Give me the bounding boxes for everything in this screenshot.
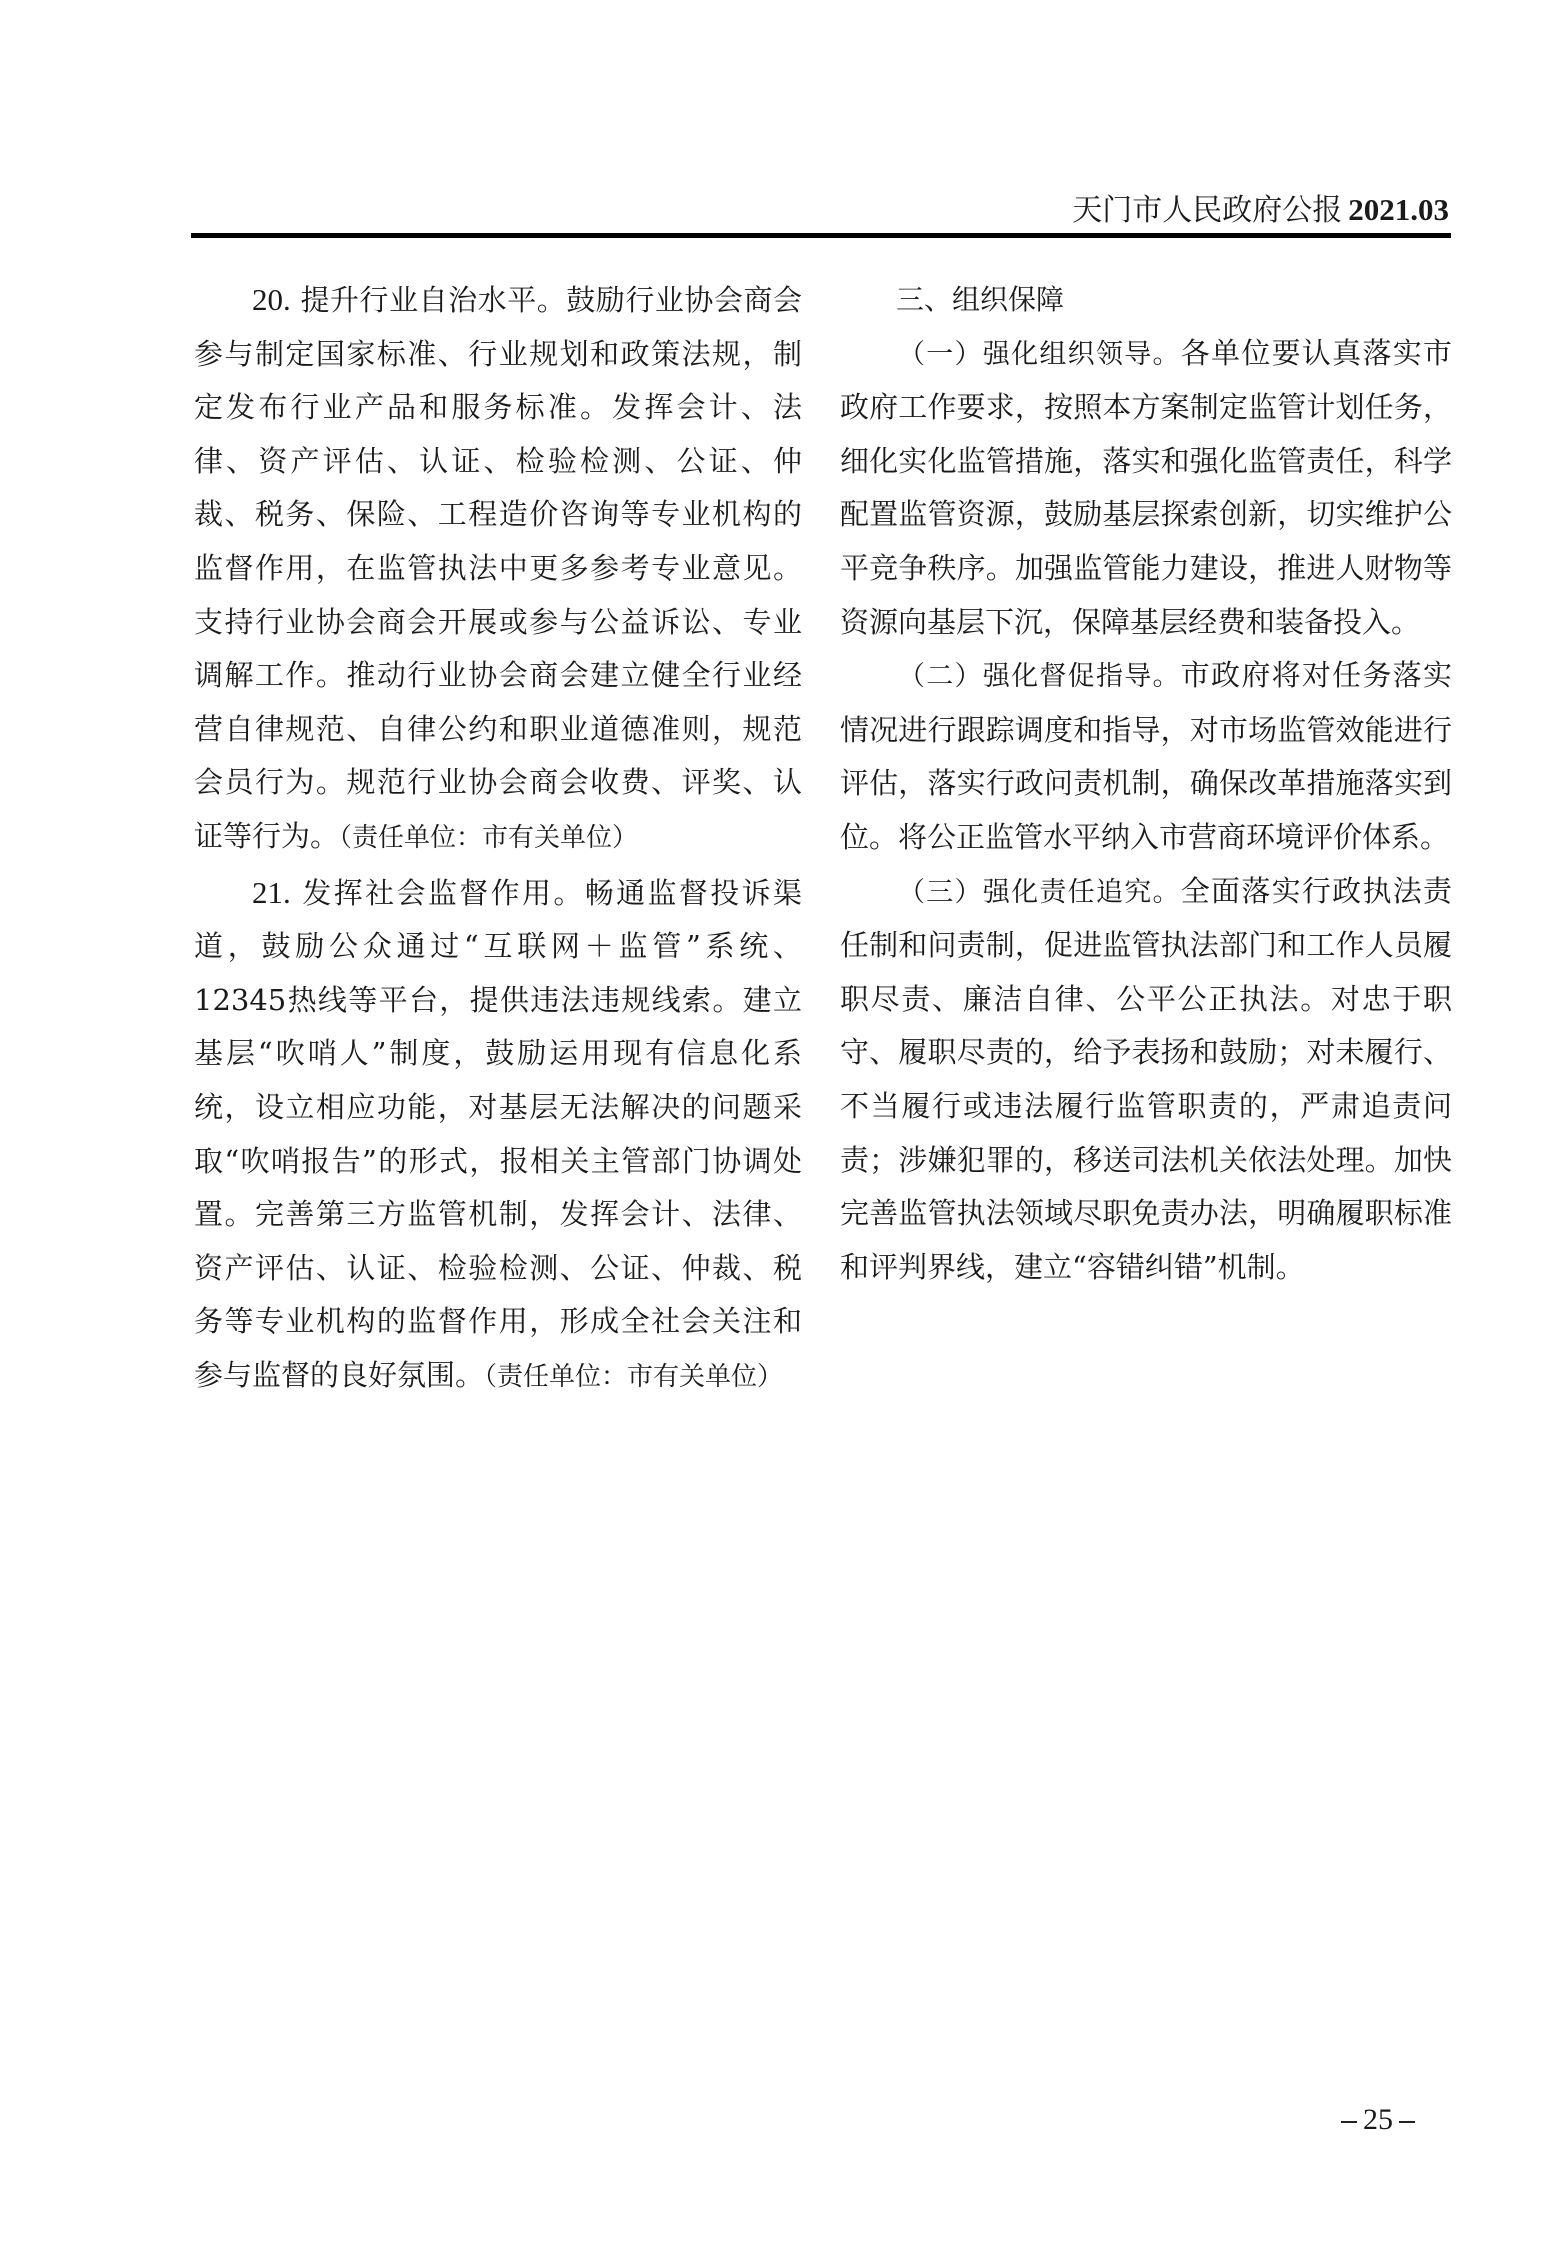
section-heading: 三、组织保障 <box>840 273 1452 327</box>
item-21: 21. 发挥社会监督作用。畅通监督投诉渠道，鼓励公众通过“互联网＋监管”系统、1… <box>194 866 802 1405</box>
item-20-number: 20. <box>252 282 291 317</box>
subsection-3: （三）强化责任追究。全面落实行政执法责任制和问责制，促进监管执法部门和工作人员履… <box>840 865 1452 1295</box>
item-20-body: 鼓励行业协会商会参与制定国家标准、行业规划和政策法规，制定发布行业产品和服务标准… <box>194 283 802 853</box>
subsection-1-body: 各单位要认真落实市政府工作要求，按照本方案制定监管计划任务，细化实化监管措施，落… <box>840 336 1452 639</box>
dash-right <box>1399 2121 1415 2123</box>
subsection-2: （二）强化督促指导。市政府将对任务落实情况进行跟踪调度和指导，对市场监管效能进行… <box>840 649 1452 864</box>
publication-name: 天门市人民政府公报 <box>1072 193 1342 228</box>
item-20-lead: 提升行业自治水平。 <box>301 283 567 317</box>
subsection-3-body: 全面落实行政执法责任制和问责制，促进监管执法部门和工作人员履职尽责、廉洁自律、公… <box>840 874 1452 1284</box>
page-number-value: 25 <box>1363 2103 1393 2136</box>
header-title: 天门市人民政府公报2021.03 <box>1072 190 1449 231</box>
subsection-2-lead: （二）强化督促指导。 <box>898 661 1181 692</box>
right-column: 三、组织保障 （一）强化组织领导。各单位要认真落实市政府工作要求，按照本方案制定… <box>840 273 1452 1294</box>
subsection-1-lead: （一）强化组织领导。 <box>898 339 1181 370</box>
page-header: 天门市人民政府公报2021.03 <box>191 186 1451 238</box>
item-20: 20. 提升行业自治水平。鼓励行业协会商会参与制定国家标准、行业规划和政策法规，… <box>194 273 802 866</box>
item-21-responsibility: （责任单位：市有关单位） <box>484 1362 783 1392</box>
subsection-3-lead: （三）强化责任追究。 <box>898 877 1181 908</box>
item-21-body: 畅通监督投诉渠道，鼓励公众通过“互联网＋监管”系统、12345热线等平台，提供违… <box>194 876 802 1392</box>
page-number: 25 <box>1335 2102 1421 2138</box>
header-rule <box>191 233 1451 238</box>
item-21-number: 21. <box>252 875 291 910</box>
item-21-lead: 发挥社会监督作用。 <box>302 876 584 910</box>
subsection-1: （一）强化组织领导。各单位要认真落实市政府工作要求，按照本方案制定监管计划任务，… <box>840 327 1452 650</box>
left-column: 20. 提升行业自治水平。鼓励行业协会商会参与制定国家标准、行业规划和政策法规，… <box>194 273 802 1404</box>
dash-left <box>1341 2121 1357 2123</box>
item-20-responsibility: （责任单位：市有关单位） <box>339 823 638 853</box>
issue-number: 2021.03 <box>1348 192 1449 227</box>
